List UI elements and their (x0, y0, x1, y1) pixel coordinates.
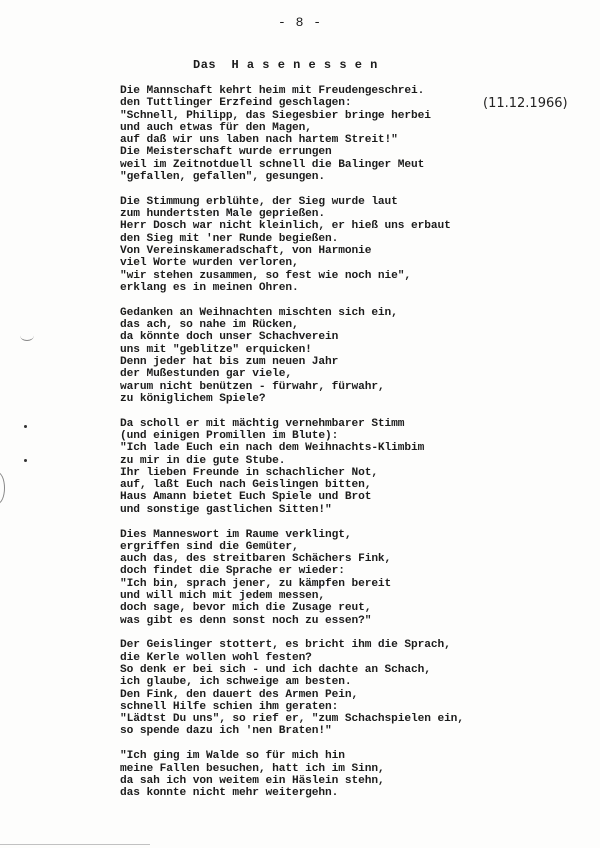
scan-edge-smudge (0, 844, 150, 845)
poem-line: und sonstige gastlichen Sitten!" (120, 504, 560, 516)
poem-line: die Kerle wollen wohl festen? (120, 652, 560, 664)
poem-line: zu königlichem Spiele? (120, 393, 560, 405)
poem-line: meine Fallen besuchen, hatt ich im Sinn, (120, 763, 560, 775)
poem-line: warum nicht benützen - fürwahr, fürwahr, (120, 381, 560, 393)
poem-line: Da scholl er mit mächtig vernehmbarer St… (120, 418, 560, 430)
stanza: Gedanken an Weihnachten mischten sich ei… (120, 307, 560, 405)
poem-line: Gedanken an Weihnachten mischten sich ei… (120, 307, 560, 319)
poem-line: "Ich bin, sprach jener, zu kämpfen berei… (120, 578, 560, 590)
stanza: Dies Manneswort im Raume verklingt,ergri… (120, 529, 560, 627)
poem-line: der Mußestunden gar viele, (120, 368, 560, 380)
margin-mark (0, 472, 5, 504)
poem-line: auf, laßt Euch nach Geislingen bitten, (120, 479, 560, 491)
poem-line: Von Vereinskameradschaft, von Harmonie (120, 245, 560, 257)
stanza: Der Geislinger stottert, es bricht ihm d… (120, 639, 560, 737)
poem-line: den Tuttlinger Erzfeind geschlagen: (120, 97, 560, 109)
poem-line: da könnte doch unser Schachverein (120, 331, 560, 343)
poem-line: zu mir in die gute Stube. (120, 455, 560, 467)
punch-dot (24, 425, 27, 428)
poem-line: "gefallen, gefallen", gesungen. (120, 171, 560, 183)
poem-line: auf daß wir uns laben nach hartem Streit… (120, 134, 560, 146)
poem-line: So denk er bei sich - und ich dachte an … (120, 664, 560, 676)
poem-title: Das H a s e n e s s e n (193, 58, 378, 72)
poem-line: das konnte nicht mehr weitergehn. (120, 787, 560, 799)
poem-line: Die Mannschaft kehrt heim mit Freudenges… (120, 85, 560, 97)
poem-line: Denn jeder hat bis zum neuen Jahr (120, 356, 560, 368)
poem-line: was gibt es denn sonst noch zu essen?" (120, 615, 560, 627)
poem-body: Die Mannschaft kehrt heim mit Freudenges… (120, 85, 560, 812)
poem-line: zum hundertsten Male geprießen. (120, 208, 560, 220)
poem-line: Der Geislinger stottert, es bricht ihm d… (120, 639, 560, 651)
punch-dot (24, 459, 27, 462)
poem-line: doch findet die Sprache er wieder: (120, 565, 560, 577)
stanza: "Ich ging im Walde so für mich hinmeine … (120, 750, 560, 799)
poem-line: "Ich ging im Walde so für mich hin (120, 750, 560, 762)
poem-line: (und einigen Promillen im Blute): (120, 430, 560, 442)
poem-line: "wir stehen zusammen, so fest wie noch n… (120, 270, 560, 282)
document-page: - 8 - Das H a s e n e s s e n (11.12.196… (0, 0, 600, 848)
poem-line: auch das, des streitbaren Schächers Fink… (120, 553, 560, 565)
poem-line: schnell Hilfe schien ihm geraten: (120, 701, 560, 713)
poem-line: erklang es in meinen Ohren. (120, 282, 560, 294)
poem-line: das ach, so nahe im Rücken, (120, 319, 560, 331)
poem-line: Die Stimmung erblühte, der Sieg wurde la… (120, 196, 560, 208)
poem-line: Haus Amann bietet Euch Spiele und Brot (120, 491, 560, 503)
poem-line: Herr Dosch war nicht kleinlich, er hieß … (120, 220, 560, 232)
page-number: - 8 - (0, 15, 600, 30)
poem-line: so spende dazu ich 'nen Braten!" (120, 725, 560, 737)
poem-line: Die Meisterschaft wurde errungen (120, 146, 560, 158)
poem-line: den Sieg mit 'ner Runde begießen. (120, 233, 560, 245)
poem-line: doch sage, bevor mich die Zusage reut, (120, 602, 560, 614)
poem-line: "Lädtst Du uns", so rief er, "zum Schach… (120, 713, 560, 725)
poem-line: weil im Zeitnotduell schnell die Balinge… (120, 159, 560, 171)
poem-line: und will mich mit jedem messen, (120, 590, 560, 602)
stanza: Die Stimmung erblühte, der Sieg wurde la… (120, 196, 560, 294)
poem-line: viel Worte wurden verloren, (120, 257, 560, 269)
poem-line: da sah ich von weitem ein Häslein stehn, (120, 775, 560, 787)
stanza: Da scholl er mit mächtig vernehmbarer St… (120, 418, 560, 516)
poem-line: uns mit "geblitze" erquicken! (120, 344, 560, 356)
poem-line: Ihr lieben Freunde in schachlicher Not, (120, 467, 560, 479)
stanza: Die Mannschaft kehrt heim mit Freudenges… (120, 85, 560, 183)
poem-line: "Schnell, Philipp, das Siegesbier bringe… (120, 110, 560, 122)
poem-line: Dies Manneswort im Raume verklingt, (120, 529, 560, 541)
poem-line: ich glaube, ich schweige am besten. (120, 676, 560, 688)
poem-line: ergriffen sind die Gemüter, (120, 541, 560, 553)
poem-line: Den Fink, den dauert des Armen Pein, (120, 689, 560, 701)
margin-mark (20, 330, 34, 341)
poem-line: "Ich lade Euch ein nach dem Weihnachts-K… (120, 442, 560, 454)
poem-line: und auch etwas für den Magen, (120, 122, 560, 134)
